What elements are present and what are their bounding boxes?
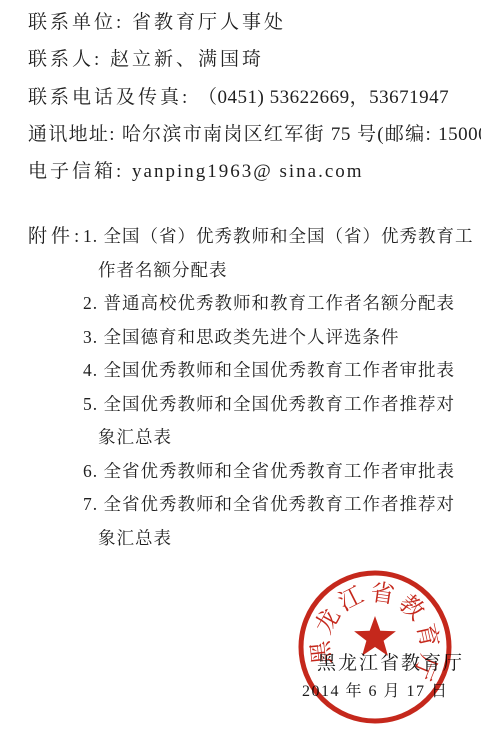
attachment-row: 3. 全国德育和思政类先进个人评选条件 [28,321,474,355]
attachment-row: 7. 全省优秀教师和全省优秀教育工作者推荐对 [28,488,474,522]
contact-address-text: 通讯地址: 哈尔滨市南岗区红军街 [28,124,331,145]
svg-text:龙: 龙 [310,604,345,638]
attachment-item-4: 4. 全国优秀教师和全国优秀教育工作者审批表 [83,360,455,380]
contact-phone-numbers: （0451) 53622669，53671947 [198,87,449,108]
contact-person-text: 联系人: 赵立新、满国琦 [28,49,264,70]
contact-phone-label: 联系电话及传真: [28,87,198,108]
contact-line-address: 通讯地址: 哈尔滨市南岗区红军街 75 号(邮编: 150001） [28,116,481,153]
attachment-row: 作者名额分配表 [28,254,474,288]
attachment-item-5-line-1: 5. 全国优秀教师和全国优秀教育工作者推荐对 [83,394,455,414]
svg-text:省: 省 [369,579,397,609]
official-seal-stamp: 黑龙江省教育厅 [295,567,455,727]
attachment-item-2: 2. 普通高校优秀教师和教育工作者名额分配表 [83,293,455,313]
attachment-row: 附件: 1. 全国（省）优秀教师和全国（省）优秀教育工 [28,220,474,254]
contact-line-email: 电子信箱: yanping1963@ sina.com [28,153,481,190]
attachment-item-7-line-1: 7. 全省优秀教师和全省优秀教育工作者推荐对 [83,494,455,514]
attachment-row: 象汇总表 [28,522,474,556]
seal-star-icon [354,616,396,656]
svg-text:教: 教 [393,590,429,626]
svg-text:黑: 黑 [308,638,336,666]
attachment-item-1-line-1: 1. 全国（省）优秀教师和全国（省）优秀教育工 [83,226,474,246]
document-page: 联系单位: 省教育厅人事处 联系人: 赵立新、满国琦 联系电话及传真: （045… [0,0,481,742]
contact-address-zipcode: 150001） [438,124,481,145]
contact-address-zip-label: 号(邮编: [351,124,438,145]
attachment-item-1-line-2: 作者名额分配表 [98,260,228,280]
attachment-item-5-line-2: 象汇总表 [98,427,172,447]
attachment-row: 4. 全国优秀教师和全国优秀教育工作者审批表 [28,354,474,388]
attachment-row: 象汇总表 [28,421,474,455]
attachment-row: 2. 普通高校优秀教师和教育工作者名额分配表 [28,287,474,321]
attachment-item-6: 6. 全省优秀教师和全省优秀教育工作者审批表 [83,461,455,481]
svg-text:江: 江 [334,582,368,617]
attachment-row: 6. 全省优秀教师和全省优秀教育工作者审批表 [28,455,474,489]
svg-text:育: 育 [411,621,443,650]
attachments-label: 附件: [28,220,83,254]
attachments-block: 附件: 1. 全国（省）优秀教师和全国（省）优秀教育工 作者名额分配表 2. 普… [28,220,474,555]
contact-address-streetno: 75 [331,124,351,145]
contact-line-unit: 联系单位: 省教育厅人事处 [28,4,481,41]
contact-line-person: 联系人: 赵立新、满国琦 [28,41,481,78]
contact-email-address: yanping1963@ sina.com [132,161,364,182]
svg-text:厅: 厅 [408,651,442,683]
contact-unit-text: 联系单位: 省教育厅人事处 [28,12,286,33]
contact-line-phone: 联系电话及传真: （0451) 53622669，53671947 [28,79,481,116]
contact-email-label: 电子信箱: [28,161,132,182]
attachment-item-3: 3. 全国德育和思政类先进个人评选条件 [83,327,400,347]
attachment-item-7-line-2: 象汇总表 [98,528,172,548]
attachment-row: 5. 全国优秀教师和全国优秀教育工作者推荐对 [28,388,474,422]
contact-info-block: 联系单位: 省教育厅人事处 联系人: 赵立新、满国琦 联系电话及传真: （045… [28,4,481,190]
